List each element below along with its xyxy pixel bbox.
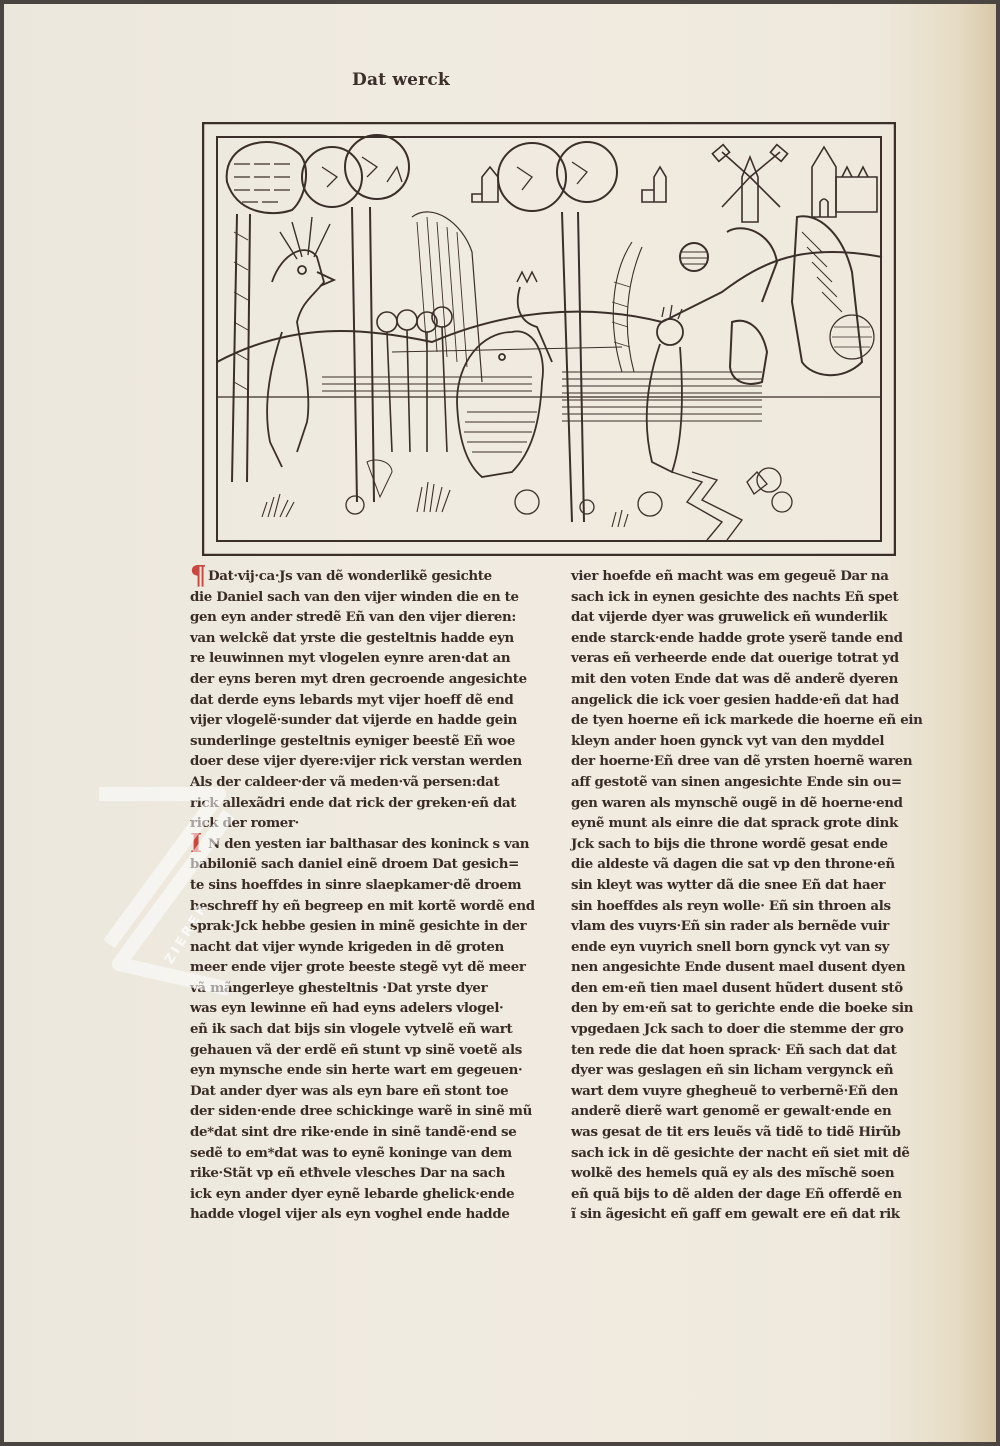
text-line: de tyen hoerne eñ ick markede die hoerne… <box>571 710 901 731</box>
text-line: eñ quã bijs to dẽ alden der dage Eñ offe… <box>571 1184 901 1205</box>
running-head: Dat werck <box>352 70 450 90</box>
text-line: den by em·eñ sat to gerichte ende die bo… <box>571 998 901 1019</box>
text-line: sin hoeffdes als reyn wolle· Eñ sin thro… <box>571 896 901 917</box>
text-line: sunderlinge gesteltnis eyniger beestẽ Eñ… <box>190 731 520 752</box>
text-line: eyn mynsche ende sin herte wart em gegeu… <box>190 1060 520 1081</box>
text-line: vlam des vuyrs·Eñ sin rader als bernẽde … <box>571 916 901 937</box>
text-line: van welckẽ dat yrste die gesteltnis hadd… <box>190 628 520 649</box>
text-line: ĩ sin ãgesicht eñ gaff em gewalt ere eñ … <box>571 1204 901 1225</box>
bear-beast-icon <box>457 272 552 477</box>
windmill-icon <box>712 145 787 222</box>
tree-icon <box>302 135 409 502</box>
text-line: re leuwinnen myt vlogelen eynre aren·dat… <box>190 648 520 669</box>
text-line: vijer vlogelẽ·sunder dat vijerde en hadd… <box>190 710 520 731</box>
tree-icon <box>227 142 306 482</box>
text-line: hadde vlogel vijer als eyn voghel ende h… <box>190 1204 520 1225</box>
text-line: sach ick in dẽ gesichte der nacht eñ sie… <box>571 1143 901 1164</box>
text-line: veras eñ verheerde ende dat ouerige totr… <box>571 648 901 669</box>
text-line: Jck sach to bijs die throne wordẽ gesat … <box>571 834 901 855</box>
text-line: wolkẽ des hemels quã ey als des mĩschẽ s… <box>571 1163 901 1184</box>
flowers-icon <box>346 468 792 516</box>
text-line: gen waren als mynschẽ ougẽ in dẽ hoerne·… <box>571 793 901 814</box>
sun-icon <box>680 243 708 271</box>
woodcut-illustration <box>202 122 896 556</box>
castle-icon <box>812 147 877 217</box>
text-line: der siden·ende dree schickinge warẽ in s… <box>190 1101 520 1122</box>
text-line: ick eyn ander dyer eynẽ lebarde ghelick·… <box>190 1184 520 1205</box>
text-line: die aldeste vã dagen die sat vp den thro… <box>571 854 901 875</box>
text-line: mit den voten Ende dat was dẽ anderẽ dye… <box>571 669 901 690</box>
text-line: was gesat de tit ers leuẽs vã tidẽ to ti… <box>571 1122 901 1143</box>
rocks-icon <box>727 216 862 384</box>
text-line: eñ ik sach dat bijs sin vlogele vytvelẽ … <box>190 1019 520 1040</box>
frame-border <box>203 123 895 555</box>
text-line: vier hoefde eñ macht was em gegeuẽ Dar n… <box>571 566 901 587</box>
text-line: Dat ander dyer was als eyn bare eñ stont… <box>190 1081 520 1102</box>
text-line: sedẽ to em*dat was to eynẽ koninge van d… <box>190 1143 520 1164</box>
text-line: sin kleyt was wytter dã die snee Eñ dat … <box>571 875 901 896</box>
text-line: der eyns beren myt dren gecroende angesi… <box>190 669 520 690</box>
bush-icon <box>830 315 874 359</box>
text-line: eynẽ munt als einre die dat sprack grote… <box>571 813 901 834</box>
leopard-beast-icon <box>377 212 482 452</box>
text-line: ende eyn vuyrich snell born gynck vyt va… <box>571 937 901 958</box>
text-line: der hoerne·Eñ dree van dẽ yrsten hoernẽ … <box>571 751 901 772</box>
text-line: ende starck·ende hadde grote yserẽ tande… <box>571 628 901 649</box>
text-line: ten rede die dat hoen sprack· Eñ sach da… <box>571 1040 901 1061</box>
lion-beast-icon <box>267 217 334 467</box>
paragraph-mark-rubric: ¶ <box>190 566 208 586</box>
text-line: wart dem vuyre ghegheuẽ to verbernẽ·Eñ d… <box>571 1081 901 1102</box>
text-line: gehauen vã der erdẽ eñ stunt vp sinẽ voe… <box>190 1040 520 1061</box>
text-line: vpgedaen Jck sach to doer die stemme der… <box>571 1019 901 1040</box>
grass-icon <box>262 460 628 527</box>
text-line: dat derde eyns lebards myt vijer hoeff d… <box>190 690 520 711</box>
publisher-watermark-logo-icon <box>79 774 249 1014</box>
text-line: die Daniel sach van den vijer winden die… <box>190 587 520 608</box>
text-line: anderẽ dierẽ wart genomẽ er gewalt·ende … <box>571 1101 901 1122</box>
winged-beast-icon <box>612 242 683 472</box>
text-column-right: vier hoefde eñ macht was em gegeuẽ Dar n… <box>571 566 901 1225</box>
text-line: dat vijerde dyer was gruwelick eñ wunder… <box>571 607 901 628</box>
text-line: gen eyn ander stredẽ Eñ van den vijer di… <box>190 607 520 628</box>
text-line: ¶Dat·vij·ca·Js van dẽ wonderlikẽ gesicht… <box>190 566 520 587</box>
text-line: doer dese vijer dyere:vijer rick verstan… <box>190 751 520 772</box>
text-line: aff gestotẽ van sinen angesichte Ende si… <box>571 772 901 793</box>
text-line: rike·Stãt vp eñ etħvele vlesches Dar na … <box>190 1163 520 1184</box>
text-line: de*dat sint dre rike·ende in sinẽ tandẽ·… <box>190 1122 520 1143</box>
text-line: sach ick in eynen gesichte des nachts Eñ… <box>571 587 901 608</box>
book-page: Dat werck <box>4 4 996 1442</box>
text-line: den em·eñ tien mael dusent hũdert dusent… <box>571 978 901 999</box>
river-icon <box>672 472 742 540</box>
text-line: dyer was geslagen eñ sin licham vergynck… <box>571 1060 901 1081</box>
text-line: kleyn ander hoen gynck vyt van den mydde… <box>571 731 901 752</box>
hills-icon <box>217 252 882 397</box>
text-line: nen angesichte Ende dusent mael dusent d… <box>571 957 901 978</box>
text-line: angelick die ick voer gesien hadde·eñ da… <box>571 690 901 711</box>
